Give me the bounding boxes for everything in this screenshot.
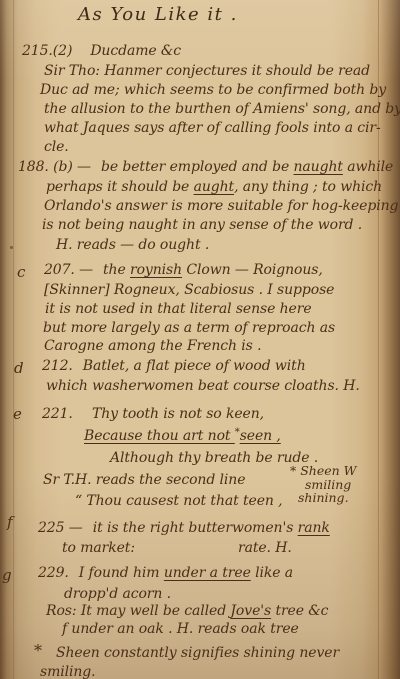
entry-number: 221. bbox=[42, 405, 73, 423]
margin-letter-c: c bbox=[17, 263, 25, 281]
text-segment: perhaps it should be bbox=[46, 179, 194, 195]
text-segment: . bbox=[91, 664, 95, 679]
underlined-term: rank bbox=[298, 520, 330, 536]
entry-207-line: but more largely as a term of reproach a… bbox=[43, 319, 335, 337]
text-segment: it is the right butterwomen's bbox=[93, 520, 298, 536]
underlined-term: under a tree bbox=[164, 565, 251, 581]
entry-188-heading: 188. (b) —be better employed and be naug… bbox=[18, 158, 393, 176]
text-segment: , any thing ; to which bbox=[234, 179, 382, 195]
entry-number: 215.(2) bbox=[22, 43, 72, 59]
entry-number: 212. bbox=[42, 358, 73, 374]
entry-225-heading: 225 —it is the right butterwomen's rank bbox=[38, 519, 330, 537]
text-segment: be better employed and be bbox=[101, 159, 294, 175]
entry-215-line: the allusion to the burthen of Amiens' s… bbox=[44, 100, 400, 118]
entry-lemma: Ducdame &c bbox=[90, 43, 181, 59]
page-title: As You Like it . bbox=[78, 6, 238, 24]
page-crease-left bbox=[13, 0, 14, 679]
entry-207-line: [Skinner] Rogneux, Scabiosus . I suppose bbox=[44, 281, 334, 299]
underlined-term: aught bbox=[194, 179, 234, 195]
text-segment: the bbox=[103, 262, 130, 278]
entry-188-reading: H. reads — do ought . bbox=[56, 236, 209, 254]
margin-ink-dot bbox=[10, 246, 13, 249]
margin-letter-d: d bbox=[14, 359, 24, 377]
text-segment: Clown — Roignous, bbox=[182, 262, 323, 278]
entry-188-line: is not being naught in any sense of the … bbox=[42, 216, 362, 234]
footnote-line: Sheen constantly signifies shining never bbox=[56, 644, 339, 662]
margin-letter-e: e bbox=[13, 405, 22, 423]
underlined-term: smiling bbox=[40, 664, 91, 679]
margin-letter-g: g bbox=[2, 566, 12, 584]
entry-229-line: dropp'd acorn . bbox=[64, 585, 171, 603]
entry-188-line: Orlando's answer is more suitable for ho… bbox=[44, 197, 398, 215]
entry-229-line: Ros: It may well be called Jove's tree &… bbox=[46, 602, 328, 620]
text-segment: Ros: It may well be called bbox=[46, 603, 230, 619]
text-segment: I found him bbox=[79, 565, 164, 581]
entry-221-quote-line: Because thou art not *seen , bbox=[84, 427, 281, 447]
underlined-term: roynish bbox=[130, 262, 182, 278]
text-segment: Batlet, a flat piece of wood with bbox=[83, 358, 306, 374]
entry-221-quote-line: Thy tooth is not so keen, bbox=[92, 405, 264, 423]
entry-225-line: to market: bbox=[62, 539, 135, 557]
entry-221-quote-line: Although thy breath be rude . bbox=[110, 449, 318, 467]
entry-221-line: Sr T.H. reads the second line bbox=[43, 471, 245, 489]
entry-215-line: Sir Tho: Hanmer conjectures it should be… bbox=[44, 62, 370, 80]
underlined-term: Jove's bbox=[230, 603, 271, 619]
entry-215-heading: 215.(2)Ducdame &c bbox=[22, 42, 181, 60]
side-note-line: shining. bbox=[298, 491, 349, 505]
text-segment: like a bbox=[251, 565, 293, 581]
entry-number: 225 — bbox=[38, 520, 83, 536]
entry-229-heading: 229.I found him under a tree like a bbox=[38, 564, 293, 582]
entry-215-line: cle. bbox=[44, 138, 69, 156]
entry-225-reading: rate. H. bbox=[238, 539, 292, 557]
footnote-line: smiling. bbox=[40, 663, 96, 679]
entry-229-line: f under an oak . H. reads oak tree bbox=[62, 620, 299, 638]
entry-188-line: perhaps it should be aught, any thing ; … bbox=[46, 178, 382, 196]
underlined-verse: Because thou art not bbox=[84, 428, 235, 444]
manuscript-page: As You Like it . 215.(2)Ducdame &c Sir T… bbox=[0, 0, 400, 679]
entry-number: 207. — bbox=[44, 262, 93, 278]
side-note-line: * Sheen W bbox=[290, 464, 357, 478]
footnote-asterisk: * bbox=[34, 641, 42, 660]
text-segment: awhile bbox=[343, 159, 393, 175]
entry-207-line: it is not used in that literal sense her… bbox=[45, 300, 312, 318]
entry-number: 229. bbox=[38, 565, 69, 581]
entry-215-line: what Jaques says after of calling fools … bbox=[44, 119, 381, 137]
asterisk-mark: * bbox=[235, 427, 240, 438]
text-segment: tree &c bbox=[271, 603, 328, 619]
entry-212-heading: 212.Batlet, a flat piece of wood with bbox=[42, 357, 306, 375]
entry-207-line: Carogne among the French is . bbox=[44, 337, 261, 355]
entry-number: 188. (b) — bbox=[18, 159, 91, 175]
margin-letter-f: f bbox=[7, 513, 13, 531]
entry-215-line: Duc ad me; which seems to be confirmed b… bbox=[40, 81, 386, 99]
entry-207-heading: 207. —the roynish Clown — Roignous, bbox=[44, 261, 323, 279]
underlined-verse: seen , bbox=[240, 428, 281, 444]
entry-221-quote-line: “ Thou causest not that teen , bbox=[75, 492, 283, 510]
underlined-term: naught bbox=[294, 159, 343, 175]
entry-212-line: which washerwomen beat course cloaths. H… bbox=[46, 377, 360, 395]
